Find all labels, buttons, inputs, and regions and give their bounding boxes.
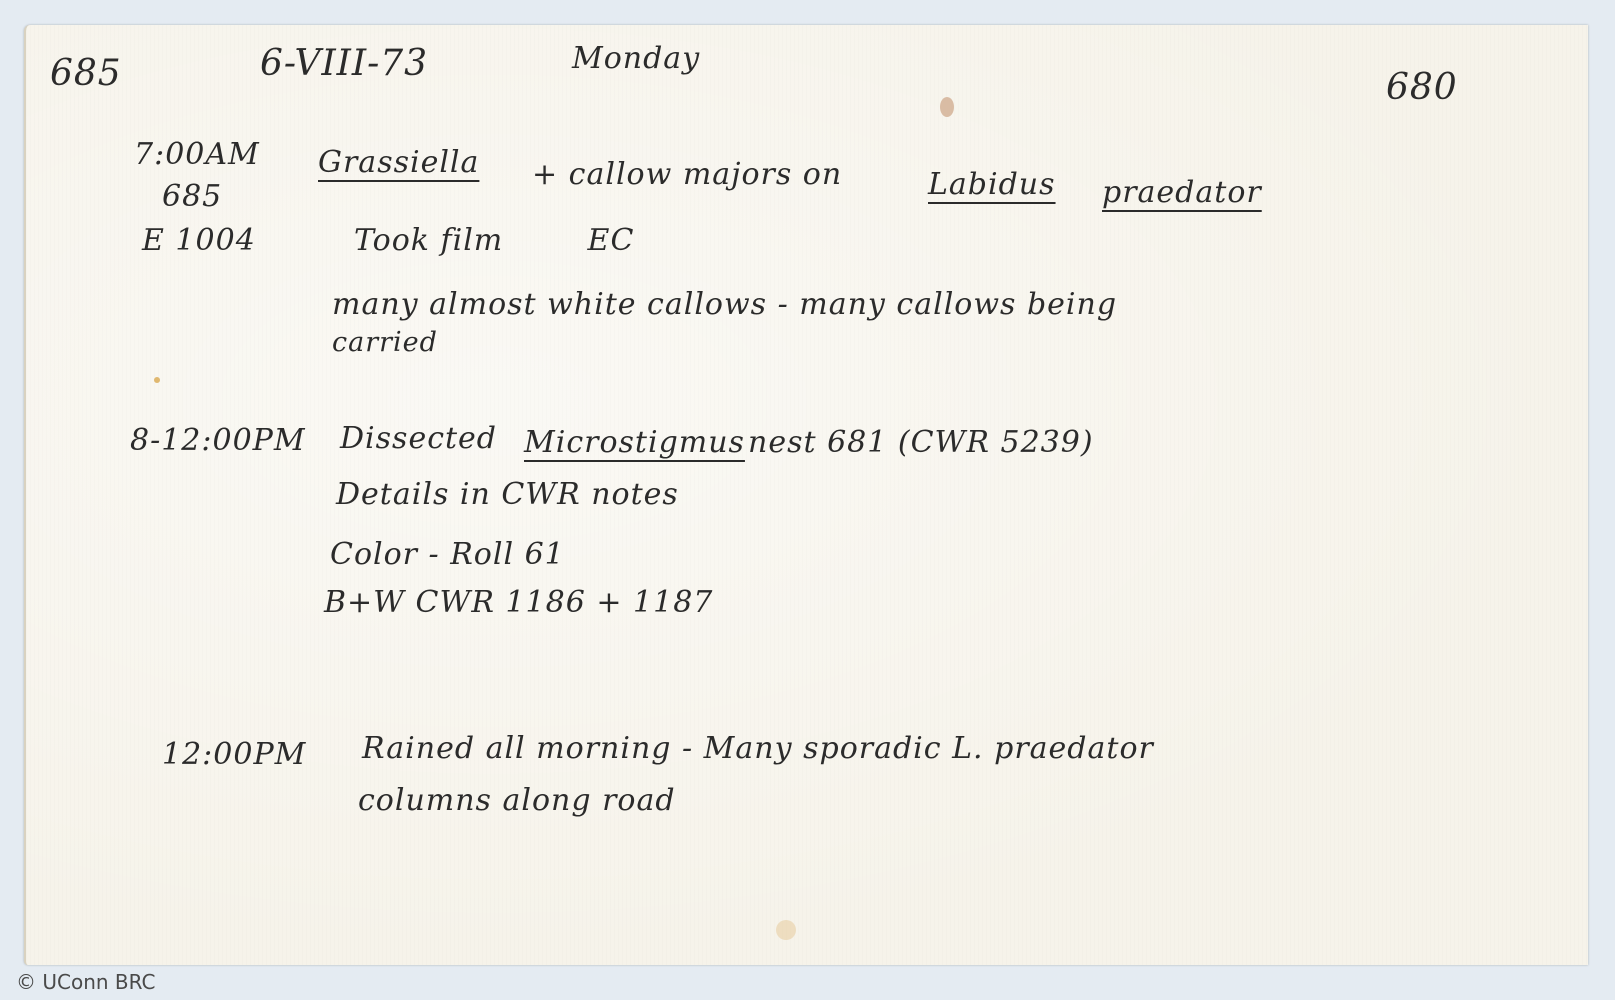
entry-3-observation: Rained all morning - Many sporadic L. pr… — [362, 731, 1154, 766]
page: 685 6-VIII-73 Monday 680 7:00AM 685 E 10… — [0, 0, 1615, 1000]
entry-2-time: 8-12:00PM — [130, 423, 306, 458]
entry-2-nest: nest 681 (CWR 5239) — [748, 425, 1094, 460]
entry-2-details: Details in CWR notes — [336, 477, 679, 512]
entry-1-observation-cont: carried — [332, 327, 438, 358]
entry-3-observation-cont: columns along road — [358, 783, 676, 818]
entry-1-genus: Grassiella — [318, 145, 479, 180]
entry-1-text: + callow majors on — [532, 157, 842, 192]
copyright-notice: © UConn BRC — [16, 970, 156, 994]
entry-1-time: 7:00AM — [134, 137, 260, 172]
card-weekday: Monday — [572, 41, 700, 76]
entry-2-bw-film: B+W CWR 1186 + 1187 — [324, 585, 713, 620]
entry-1-film-note: Took film EC — [354, 223, 634, 258]
card-number-left: 685 — [50, 53, 122, 94]
stain-spot — [776, 920, 796, 940]
stain-mark — [940, 97, 954, 117]
entry-2-color-roll: Color - Roll 61 — [330, 537, 565, 572]
card-date: 6-VIII-73 — [260, 43, 428, 84]
entry-1-species-genus: Labidus — [928, 167, 1056, 202]
entry-1-reference: E 1004 — [142, 223, 256, 258]
entry-1-observation: many almost white callows - many callows… — [332, 287, 1117, 322]
entry-3-time: 12:00PM — [162, 737, 306, 772]
field-note-card: 685 6-VIII-73 Monday 680 7:00AM 685 E 10… — [24, 25, 1588, 965]
entry-2-genus: Microstigmus — [524, 425, 745, 460]
stain-dot — [154, 377, 160, 383]
entry-1-species-epithet: praedator — [1102, 175, 1262, 210]
card-number-right: 680 — [1386, 67, 1458, 108]
entry-1-colony: 685 — [162, 179, 222, 214]
entry-2-action: Dissected — [340, 421, 497, 456]
